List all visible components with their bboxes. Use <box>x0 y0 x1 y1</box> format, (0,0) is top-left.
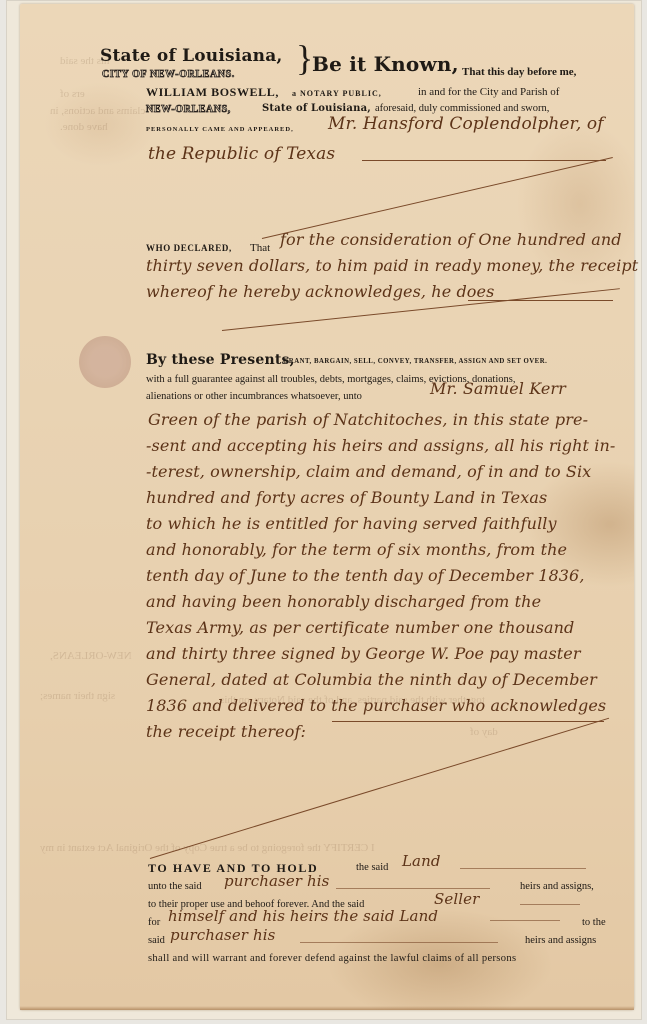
habendum-text: for <box>148 917 160 928</box>
conveyance-line: General, dated at Columbia the ninth day… <box>146 670 597 689</box>
bleed-through-text: have done. <box>60 121 108 133</box>
guarantee-text: alienations or other incumbrances whatso… <box>146 391 362 402</box>
city-heading: CITY OF NEW-ORLEANS. <box>102 69 235 80</box>
fill-line <box>520 904 580 905</box>
habendum-text: to the <box>582 917 606 928</box>
fill-line <box>460 868 586 869</box>
habendum-fill: himself and his heirs the said Land <box>168 907 438 925</box>
fill-line <box>490 920 560 921</box>
consideration-text: for the consideration of One hundred and <box>280 230 622 249</box>
jurisdiction-text: in and for the City and Parish of <box>418 86 559 98</box>
purchaser-name: Mr. Samuel Kerr <box>430 379 566 398</box>
conveyance-line: -sent and accepting his heirs and assign… <box>146 436 615 455</box>
conveyance-line: and honorably, for the term of six month… <box>146 540 567 559</box>
habendum-text: said <box>148 935 165 946</box>
habendum-fill: Land <box>402 852 441 870</box>
conveyance-verbs: GRANT, BARGAIN, SELL, CONVEY, TRANSFER, … <box>283 358 547 365</box>
conveyance-line: and having been honorably discharged fro… <box>146 592 541 611</box>
appearer-name: Mr. Hansford Coplendolpher, of <box>328 114 604 134</box>
consideration-text: whereof he hereby acknowledges, he does <box>146 282 494 301</box>
jurisdiction-text: aforesaid, duly commissioned and sworn, <box>375 103 549 114</box>
that-text: That <box>250 242 270 254</box>
intro-text: That this day before me, <box>462 66 576 78</box>
notary-name: WILLIAM BOSWELL, <box>146 85 279 100</box>
bleed-through-text: I CERTIFY the foregoing to be a true Cop… <box>40 842 375 854</box>
fill-line <box>336 888 490 889</box>
jurisdiction-city: NEW-ORLEANS, <box>146 104 231 115</box>
bleed-through-text: day of <box>470 726 498 738</box>
consideration-text: thirty seven dollars, to him paid in rea… <box>146 256 638 275</box>
paper-edge <box>20 1006 634 1010</box>
habendum-text: unto the said <box>148 881 202 892</box>
declared-label: WHO DECLARED, <box>146 243 232 253</box>
habendum-fill: Seller <box>434 890 479 908</box>
jurisdiction-state: State of Louisiana, <box>262 103 371 114</box>
fill-line <box>332 721 604 722</box>
bleed-through-text: NEW-ORLEANS, <box>50 650 132 662</box>
habendum-text: heirs and assigns <box>525 935 596 946</box>
conveyance-line: Green of the parish of Natchitoches, in … <box>148 410 588 429</box>
bleed-through-text: claims and actions, in <box>50 105 145 117</box>
appeared-label: PERSONALLY CAME AND APPEARED, <box>146 126 294 133</box>
bleed-through-text: ers of <box>60 88 85 100</box>
habendum-fill: purchaser his <box>170 926 275 944</box>
conveyance-line: tenth day of June to the tenth day of De… <box>146 566 585 585</box>
bleed-through-text: sign their names; <box>40 690 115 702</box>
conveyance-line: -terest, ownership, claim and demand, of… <box>146 462 591 481</box>
state-heading: State of Louisiana, <box>100 46 283 66</box>
conveyance-line: the receipt thereof: <box>146 722 306 741</box>
habendum-text: the said <box>356 862 388 873</box>
be-it-known-heading: Be it Known, <box>312 52 459 76</box>
habendum-fill: purchaser his <box>224 872 329 890</box>
conveyance-line: 1836 and delivered to the purchaser who … <box>146 696 606 715</box>
conveyance-line: to which he is entitled for having serve… <box>146 514 557 533</box>
conveyance-line: and thirty three signed by George W. Poe… <box>146 644 581 663</box>
fill-line <box>300 942 498 943</box>
brace: } <box>296 40 313 76</box>
notary-title: a NOTARY PUBLIC, <box>292 89 382 98</box>
appearer-origin: the Republic of Texas <box>148 144 335 164</box>
presents-heading: By these Presents, <box>146 352 295 368</box>
wax-seal-mark <box>79 336 131 388</box>
habendum-text: shall and will warrant and forever defen… <box>148 953 516 964</box>
conveyance-line: Texas Army, as per certificate number on… <box>146 618 574 637</box>
conveyance-line: hundred and forty acres of Bounty Land i… <box>146 488 547 507</box>
habendum-text: heirs and assigns, <box>520 881 594 892</box>
fill-line <box>362 160 606 161</box>
